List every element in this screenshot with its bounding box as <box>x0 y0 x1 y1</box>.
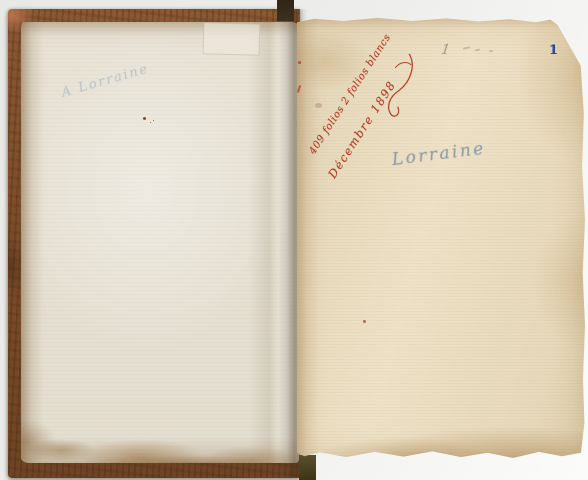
ink-folio-number: 1 <box>549 43 558 58</box>
paper-repair-patch <box>203 22 261 55</box>
page-speck <box>363 320 366 323</box>
ink-speck <box>143 117 146 120</box>
red-ink-edge-marks <box>297 59 302 109</box>
scanned-register-image: A Lorraine 409 folios 2 folios blancs Dé… <box>0 0 588 480</box>
left-cover-leather: A Lorraine <box>8 9 300 478</box>
pencil-folio-number: 1 <box>440 42 451 58</box>
spine-tab-top <box>277 0 294 21</box>
endpaper-faint-inscription: A Lorraine <box>60 61 151 100</box>
page-stain-dot <box>315 103 322 108</box>
pencil-smudge-marks <box>463 46 503 54</box>
right-flyleaf-page: 409 folios 2 folios blancs Décembre 1898… <box>297 17 585 458</box>
blue-pencil-inscription: Lorraine <box>391 139 487 170</box>
left-endpaper: A Lorraine <box>21 22 300 463</box>
red-ink-flourish <box>378 48 417 121</box>
